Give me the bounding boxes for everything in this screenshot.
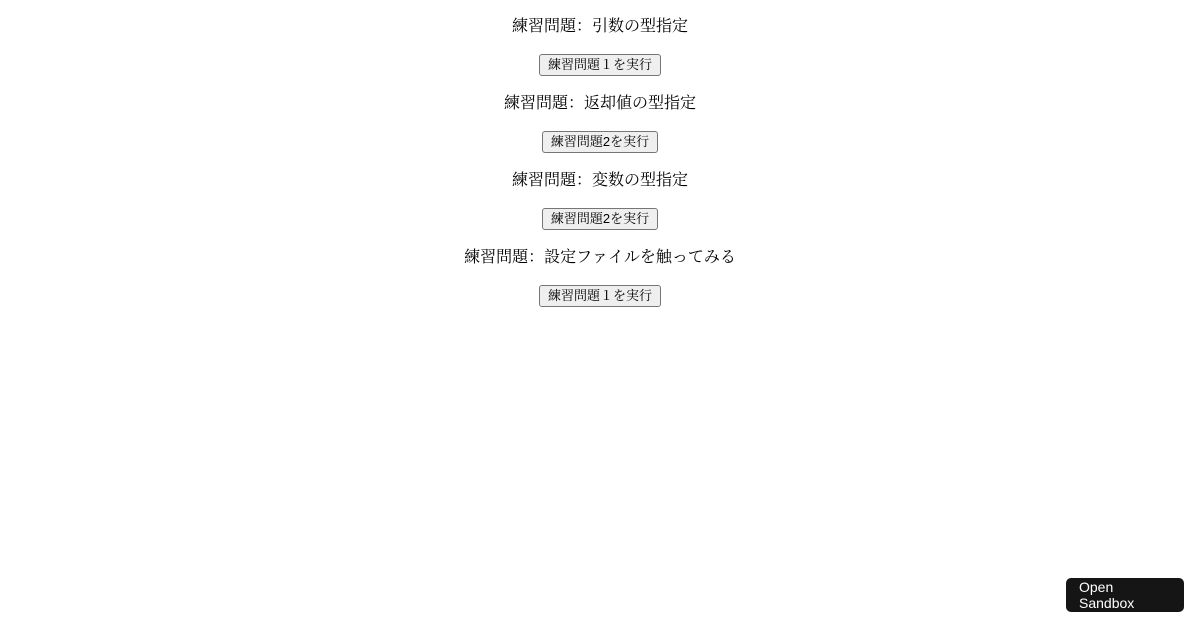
exercise-title-argument-typing: 練習問題：引数の型指定 bbox=[0, 17, 1200, 36]
button-row: 練習問題2を実行 bbox=[0, 208, 1200, 230]
button-row: 練習問題１を実行 bbox=[0, 54, 1200, 76]
button-row: 練習問題１を実行 bbox=[0, 285, 1200, 307]
exercise-list: 練習問題：引数の型指定 練習問題１を実行 練習問題：返却値の型指定 練習問題2を… bbox=[0, 0, 1200, 307]
run-exercise-2-button[interactable]: 練習問題2を実行 bbox=[542, 131, 658, 153]
section-return-value-typing: 練習問題：返却値の型指定 練習問題2を実行 bbox=[0, 94, 1200, 153]
button-row: 練習問題2を実行 bbox=[0, 131, 1200, 153]
exercise-title-variable-typing: 練習問題：変数の型指定 bbox=[0, 171, 1200, 190]
section-variable-typing: 練習問題：変数の型指定 練習問題2を実行 bbox=[0, 171, 1200, 230]
section-argument-typing: 練習問題：引数の型指定 練習問題１を実行 bbox=[0, 17, 1200, 76]
run-exercise-4-button[interactable]: 練習問題１を実行 bbox=[539, 285, 661, 307]
section-config-file: 練習問題：設定ファイルを触ってみる 練習問題１を実行 bbox=[0, 248, 1200, 307]
run-exercise-1-button[interactable]: 練習問題１を実行 bbox=[539, 54, 661, 76]
exercise-title-config-file: 練習問題：設定ファイルを触ってみる bbox=[0, 248, 1200, 267]
open-sandbox-button[interactable]: Open Sandbox bbox=[1066, 578, 1184, 612]
exercise-title-return-value-typing: 練習問題：返却値の型指定 bbox=[0, 94, 1200, 113]
run-exercise-3-button[interactable]: 練習問題2を実行 bbox=[542, 208, 658, 230]
